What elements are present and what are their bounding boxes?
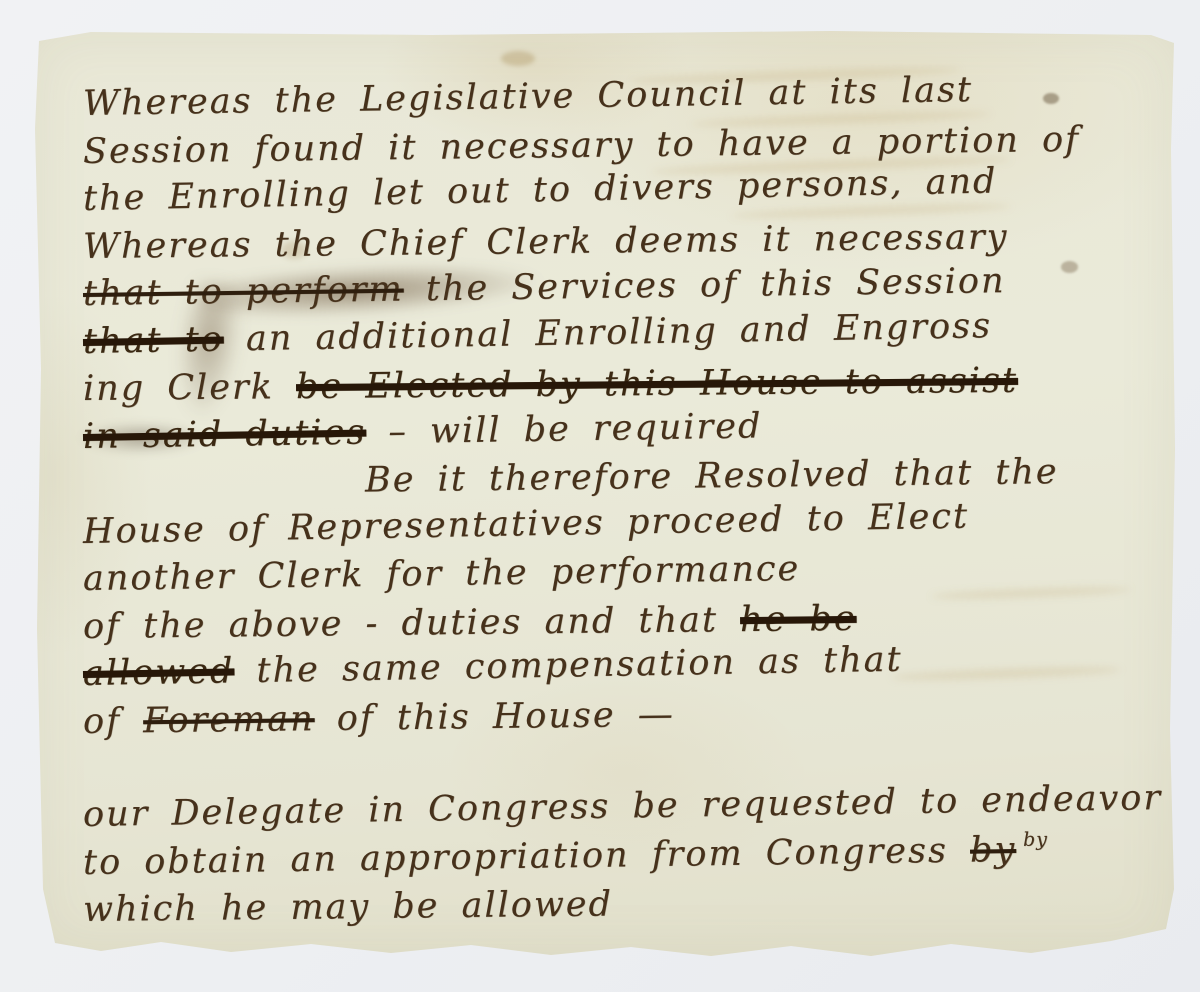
struck-text: he be: [740, 598, 857, 639]
struck-text: that to: [83, 319, 224, 361]
superscript-insertion: by: [1023, 828, 1048, 850]
handwritten-text: the Services of this Session: [403, 261, 1005, 309]
manuscript-line: which he may be allowed: [83, 876, 1153, 935]
handwritten-text: an additional Enrolling and Engross: [223, 306, 992, 359]
struck-text: that to perform: [83, 270, 404, 314]
manuscript-paper: Whereas the Legislative Council at its l…: [31, 29, 1177, 958]
handwritten-text: ing Clerk: [83, 367, 296, 409]
photo-backdrop: Whereas the Legislative Council at its l…: [0, 0, 1200, 992]
struck-text: in said duties: [83, 412, 367, 456]
handwritten-text: the same compensation as that: [234, 640, 903, 692]
handwritten-text: of the above - duties and that: [83, 600, 740, 647]
handwritten-text: Whereas the Legislative Council at its l…: [83, 70, 974, 124]
handwritten-text: to obtain an appropriation from Congress: [83, 830, 971, 882]
struck-text: allowed: [83, 651, 235, 694]
struck-text: Foreman: [143, 699, 315, 741]
handwritten-text: which he may be allowed: [83, 884, 613, 930]
handwritten-text: of this House —: [314, 694, 675, 738]
manuscript-text: Whereas the Legislative Council at its l…: [83, 81, 1153, 935]
handwritten-text: of: [83, 701, 144, 742]
stain-spot: [501, 51, 535, 66]
handwritten-text: another Clerk for the performance: [83, 549, 801, 599]
handwritten-text: – will be required: [366, 406, 763, 452]
struck-text: by: [970, 829, 1017, 870]
